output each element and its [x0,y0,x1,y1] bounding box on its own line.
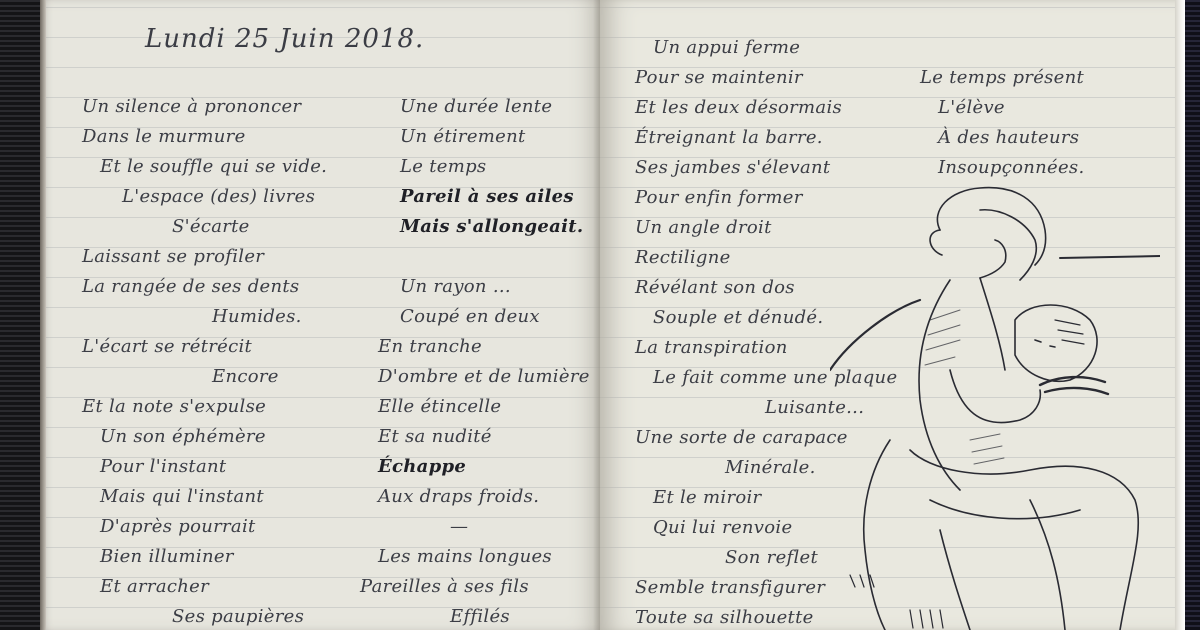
poem-line: L'espace (des) livres [82,182,327,212]
poem-line: Un appui ferme [635,33,897,63]
poem-line: Une durée lente [360,92,590,122]
poem-column-1: Un silence à prononcer Dans le murmure E… [82,92,327,630]
poem-line: Pour l'instant [82,452,327,482]
poem-line: Étreignant la barre. [635,123,897,153]
page-edge-right [1175,0,1185,630]
poem-line: Pour se maintenir [635,63,897,93]
poem-line: L'écart se rétrécit [82,332,327,362]
poem-column-4: Le temps présent L'élève À des hauteurs … [920,63,1084,183]
poem-line: — [360,512,590,542]
poem-line: Et la note s'expulse [82,392,327,422]
poem-line: Coupé en deux [360,302,590,332]
poem-line: Un étirement [360,122,590,152]
poem-line: Un son éphémère [82,422,327,452]
poem-line: Un silence à prononcer [82,92,327,122]
poem-line: Et arracher [82,572,327,602]
poem-line: D'après pourrait [82,512,327,542]
poem-line: Le temps présent [920,63,1084,93]
poem-line: Mais qui l'instant [82,482,327,512]
poem-line: Dans le murmure [82,122,327,152]
poem-line [360,242,590,272]
poem-column-2: Une durée lente Un étirement Le temps Pa… [360,92,590,630]
poem-line: Bien illuminer [82,542,327,572]
poem-line: Et les deux désormais [635,93,897,123]
poem-line: Ses paupières [82,602,327,630]
poem-line: Pareil à ses ailes [360,182,590,212]
poem-line: Et sa nudité [360,422,590,452]
figure-sketch-icon [830,170,1160,630]
left-page: Lundi 25 Juin 2018. Un silence à prononc… [40,0,600,630]
poem-line: Laissant se profiler [82,242,327,272]
poem-line: Un rayon ... [360,272,590,302]
poem-line: Et le souffle qui se vide. [82,152,327,182]
poem-line: À des hauteurs [920,123,1084,153]
poem-line: L'élève [920,93,1084,123]
poem-line: Humides. [82,302,327,332]
poem-line: La rangée de ses dents [82,272,327,302]
poem-line: Elle étincelle [360,392,590,422]
poem-line: En tranche [360,332,590,362]
poem-line: Échappe [360,452,590,482]
poem-line: D'ombre et de lumière [360,362,590,392]
poem-line: Effilés [360,602,590,630]
entry-date: Lundi 25 Juin 2018. [145,24,424,54]
page-edge-left [40,0,46,630]
poem-line: Aux draps froids. [360,482,590,512]
poem-line: Mais s'allongeait. [360,212,590,242]
poem-line: Encore [82,362,327,392]
poem-line: Le temps [360,152,590,182]
poem-line: Pareilles à ses fils [360,572,590,602]
poem-line: Les mains longues [360,542,590,572]
poem-line: S'écarte [82,212,327,242]
